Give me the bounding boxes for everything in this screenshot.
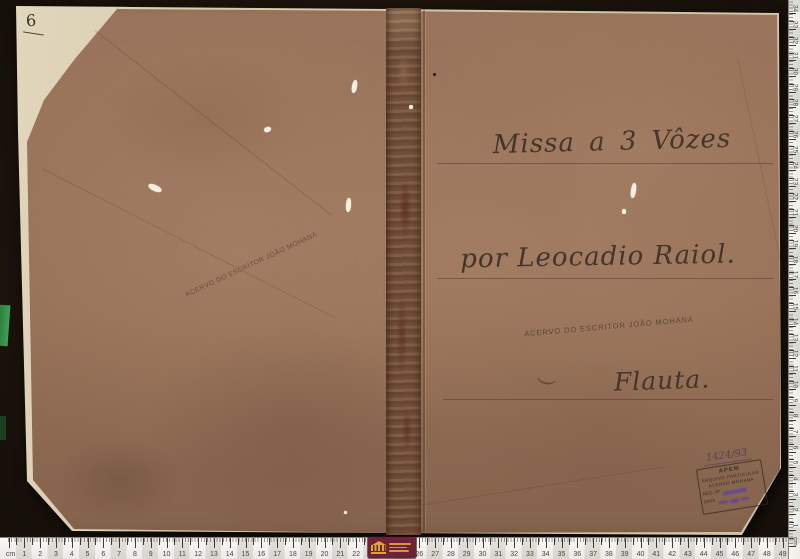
right-ruler-label: 33 [792, 20, 799, 30]
bottom-ruler-label: 6 [101, 551, 105, 558]
right-ruler-label: 3 [792, 489, 799, 499]
right-ruler-label: 4 [792, 473, 799, 483]
bottom-ruler-label: 9 [149, 551, 153, 558]
bottom-ruler-label: 20 [321, 551, 329, 558]
handwritten-byline: por Leocadio Raiol. [443, 239, 753, 274]
bottom-ruler-label: 19 [305, 551, 313, 558]
bottom-ruler-label: 35 [558, 551, 566, 558]
bottom-ruler-label: 29 [463, 551, 471, 558]
date-scribble [740, 496, 748, 501]
book-spine [386, 8, 421, 535]
right-ruler-label: 24 [792, 160, 799, 170]
bottom-ruler-label: 16 [257, 551, 265, 558]
bottom-ruler-label: 12 [194, 551, 202, 558]
bottom-ruler-label: 39 [621, 551, 629, 558]
right-ruler-label: 5 [792, 458, 799, 468]
building-icon [371, 541, 386, 554]
bottom-ruler-label: 13 [210, 551, 218, 558]
right-ruler-label: 31 [792, 51, 799, 61]
ink-dot [433, 73, 436, 76]
bottom-ruler-label: 47 [747, 551, 755, 558]
bottom-ruler-label: 5 [86, 551, 90, 558]
right-ruler-label: 29 [792, 82, 799, 92]
bottom-ruler-label: 1 [22, 551, 26, 558]
bottom-ruler-label: 21 [336, 551, 344, 558]
date-scribble [729, 497, 739, 502]
right-ruler-label: 14 [792, 317, 799, 327]
bottom-ruler-label: 34 [542, 551, 550, 558]
right-ruler: cm12345678910111213141516171819202122232… [788, 0, 800, 559]
right-ruler-label: 30 [792, 67, 799, 77]
bottom-ruler-label: 33 [526, 551, 534, 558]
right-ruler-label: 15 [792, 301, 799, 311]
right-ruler-label: 34 [792, 4, 799, 14]
instrument-rule-line [443, 399, 773, 400]
right-ruler-label: 18 [792, 254, 799, 264]
bottom-ruler-label: 42 [668, 551, 676, 558]
stamp-box-date-label: DATA [703, 497, 716, 507]
date-scribble [718, 499, 728, 504]
bottom-ruler-label: 44 [700, 551, 708, 558]
page-number-note: 6 [25, 11, 36, 31]
bottom-ruler-label: 7 [117, 551, 121, 558]
bottom-ruler-label: 41 [652, 551, 660, 558]
bottom-ruler-label: 2 [38, 551, 42, 558]
bottom-ruler-label: 4 [70, 551, 74, 558]
paper-speck [344, 511, 347, 514]
bottom-ruler-label: 15 [242, 551, 250, 558]
right-ruler-label: 13 [792, 333, 799, 343]
bottom-ruler-label: 14 [226, 551, 234, 558]
title-rule-line [437, 163, 773, 164]
handwritten-instrument: Flauta. [577, 363, 748, 398]
right-ruler-label: 23 [792, 176, 799, 186]
spine-crease-highlight [425, 10, 426, 533]
right-ruler-label: 6 [792, 442, 799, 452]
bottom-ruler-label: 32 [510, 551, 518, 558]
right-ruler-label: 1 [792, 520, 799, 530]
right-ruler-label: 8 [792, 411, 799, 421]
right-ruler-label: 11 [792, 364, 799, 374]
archive-logo-text-lines [389, 543, 411, 551]
right-ruler-label: 9 [792, 395, 799, 405]
bottom-ruler-label: 8 [133, 551, 137, 558]
right-ruler-label: 7 [792, 426, 799, 436]
right-ruler-label: 12 [792, 348, 799, 358]
right-ruler-label: 20 [792, 223, 799, 233]
right-ruler-label: 32 [792, 35, 799, 45]
right-ruler-label: 28 [792, 98, 799, 108]
right-ruler-label: 17 [792, 270, 799, 280]
bottom-ruler-label: 3 [54, 551, 58, 558]
right-ruler-label: 2 [792, 505, 799, 515]
right-ruler-label: cm [792, 536, 799, 546]
bottom-ruler-label: 38 [605, 551, 613, 558]
bottom-ruler-label: 36 [573, 551, 581, 558]
right-ruler-label: 22 [792, 192, 799, 202]
bottom-ruler-label: 37 [589, 551, 597, 558]
byline-rule-line [437, 278, 773, 279]
bottom-ruler-label: 10 [163, 551, 171, 558]
bottom-ruler-label: cm [6, 551, 15, 558]
bottom-ruler-label: 31 [494, 551, 502, 558]
right-ruler-label: 26 [792, 129, 799, 139]
bottom-ruler-label: 49 [779, 551, 787, 558]
bottom-ruler-label: 28 [447, 551, 455, 558]
bottom-ruler-label: 43 [684, 551, 692, 558]
right-ruler-label: 19 [792, 239, 799, 249]
right-ruler-label: 21 [792, 207, 799, 217]
right-ruler-label: 16 [792, 286, 799, 296]
bottom-ruler-label: 11 [179, 551, 186, 558]
paper-speck [409, 105, 413, 109]
bottom-ruler-label: 30 [479, 551, 487, 558]
scanned-manuscript-cover: 6 Missa a 3 Vôzes por Leocadio Raiol. AC… [0, 0, 800, 559]
bottom-ruler-label: 48 [763, 551, 771, 558]
right-ruler-label: 10 [792, 380, 799, 390]
bottom-ruler-label: 27 [431, 551, 439, 558]
bottom-ruler-label: 26 [415, 551, 423, 558]
paper-speck [622, 209, 626, 214]
bottom-ruler-label: 18 [289, 551, 297, 558]
archive-logo [368, 537, 416, 558]
right-ruler-label: 27 [792, 113, 799, 123]
bottom-ruler-label: 17 [273, 551, 281, 558]
bottom-ruler-label: 40 [637, 551, 645, 558]
bottom-ruler-label: 22 [352, 551, 360, 558]
right-ruler-label: 25 [792, 145, 799, 155]
bottom-ruler-label: 45 [716, 551, 724, 558]
bottom-ruler-label: 46 [731, 551, 739, 558]
